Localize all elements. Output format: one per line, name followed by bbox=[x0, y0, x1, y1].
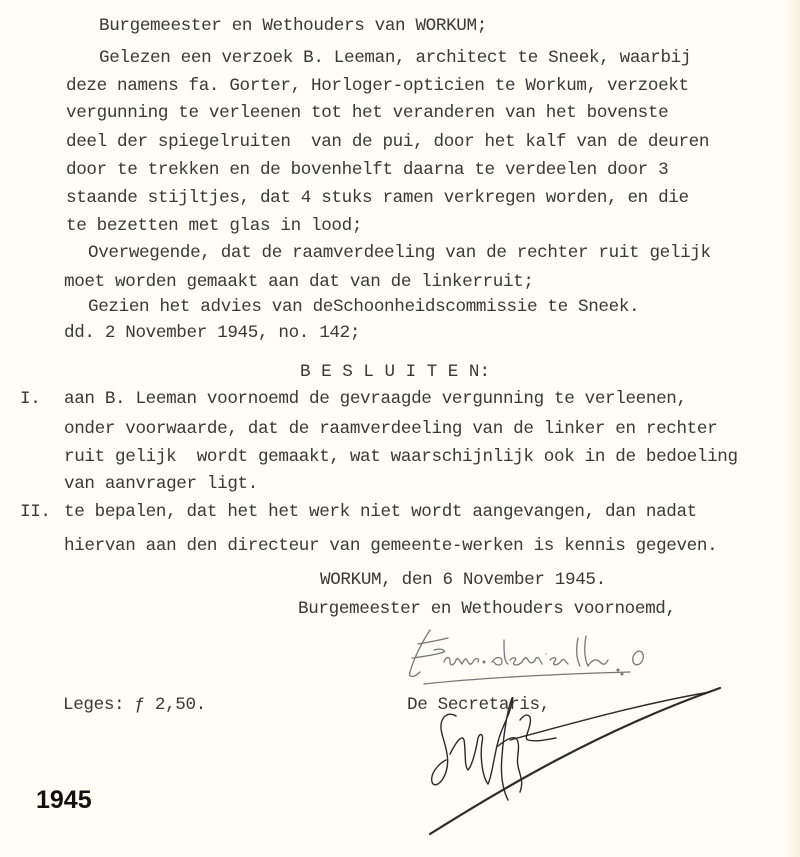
place-date: WORKUM, den 6 November 1945. bbox=[320, 570, 606, 590]
preamble-line: deel der spiegelruiten van de pui, door … bbox=[66, 132, 709, 152]
signatory-line: Burgemeester en Wethouders voornoemd, bbox=[298, 599, 676, 619]
decision-number: I. bbox=[20, 389, 40, 409]
decision-line: ruit gelijk wordt gemaakt, wat waarschij… bbox=[64, 447, 738, 467]
decision-line: aan B. Leeman voornoemd de gevraagde ver… bbox=[64, 389, 687, 409]
preamble-line: door te trekken en de bovenhelft daarna … bbox=[66, 160, 668, 180]
decision-line: onder voorwaarde, dat de raamverdeeling … bbox=[64, 419, 717, 439]
considering-line: moet worden gemaakt aan dat van de linke… bbox=[64, 272, 534, 292]
preamble-line: staande stijltjes, dat 4 stuks ramen ver… bbox=[66, 188, 689, 208]
seen-line: Gezien het advies van deSchoonheidscommi… bbox=[88, 297, 639, 317]
preamble-line: vergunning te verleenen tot het verander… bbox=[66, 103, 668, 123]
year-label: 1945 bbox=[36, 786, 92, 815]
decision-line: hiervan aan den directeur van gemeente-w… bbox=[64, 536, 717, 556]
paper-edge bbox=[786, 0, 800, 857]
secretary-signature-icon bbox=[420, 680, 730, 850]
addressee: Burgemeester en Wethouders van WORKUM; bbox=[99, 16, 487, 36]
preamble-line: deze namens fa. Gorter, Horloger-opticie… bbox=[66, 76, 689, 96]
decision-heading: B E S L U I T E N: bbox=[300, 362, 490, 382]
decision-number: II. bbox=[20, 502, 51, 522]
decision-line: van aanvrager ligt. bbox=[64, 474, 258, 494]
preamble-line: te bezetten met glas in lood; bbox=[66, 216, 362, 236]
decision-line: te bepalen, dat het het werk niet wordt … bbox=[64, 502, 697, 522]
seen-line: dd. 2 November 1945, no. 142; bbox=[64, 323, 360, 343]
preamble-line: Gelezen een verzoek B. Leeman, architect… bbox=[99, 48, 691, 68]
considering-line: Overwegende, dat de raamverdeeling van d… bbox=[88, 243, 711, 263]
fees: Leges: ƒ 2,50. bbox=[63, 695, 206, 715]
